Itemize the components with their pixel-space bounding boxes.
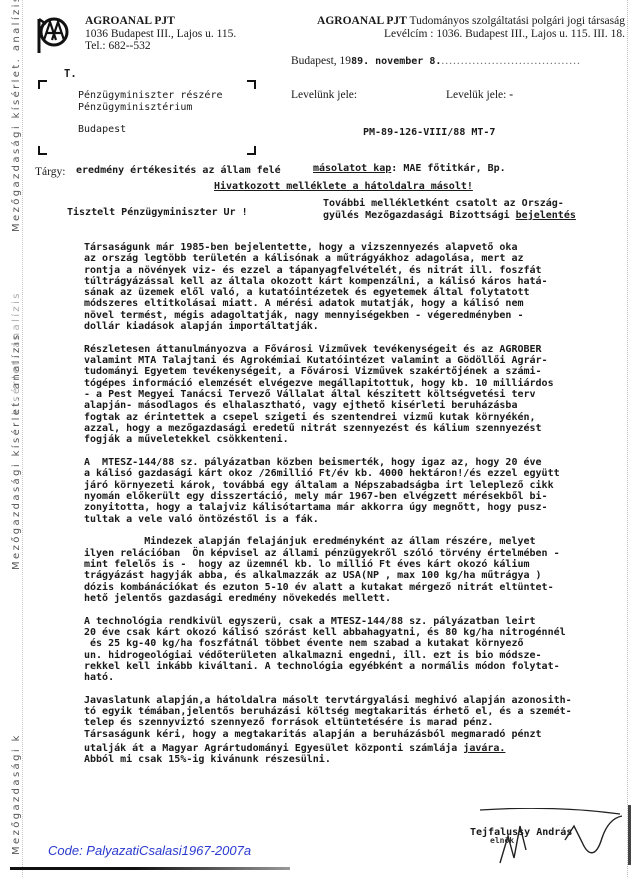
body-line: mint felelős is - hogy az üzemnél kb. lo… [84, 559, 629, 570]
letterhead-right: AGROANAL PJT Tudományos szolgáltatási po… [290, 15, 625, 40]
closing-line: utalják át a Magyar Agrártudományi Egyes… [84, 743, 629, 754]
cc-label: másolatot kap [313, 163, 391, 174]
body-line: trágyázást hagyják abba, és alkalmazzák … [84, 570, 629, 581]
further-attachment-line: További mellékletként csatolt az Ország- [323, 198, 576, 210]
body-paragraph: Részletesen áttanulmányozva a Fővárosi V… [84, 344, 629, 446]
salutation: Tisztelt Pénzügyminiszter Ur ! [67, 207, 248, 218]
your-reference-value: - [509, 89, 513, 101]
address-corner-mark [38, 146, 47, 155]
address-corner-mark [247, 80, 256, 89]
document-code: Code: PalyazatiCsalasi1967-2007a [48, 843, 251, 858]
address-corner-mark [38, 80, 47, 89]
further-attachment-underlined: bejelentés [516, 210, 576, 221]
body-line: tó egyik témában,jelentős beruházási köl… [84, 706, 629, 717]
margin-watermark-text: Mezőgazdasági k [11, 733, 22, 855]
body-line: - a Pest Megyei Tanácsi Tervező Vállalat… [84, 389, 629, 400]
body-paragraph: A MTESZ-144/88 sz. pályázatban közben be… [84, 457, 629, 525]
body-line: növel termést, mégis adagoltatják, nagy … [84, 310, 629, 321]
letter-body: Társaságunk már 1985-ben bejelentette, h… [84, 242, 629, 777]
body-line: tógépes információ elemzését elvégezve m… [84, 378, 629, 389]
company-mail-address: Levélcím : 1036. Budapest III., Lajos u.… [290, 28, 625, 41]
signer-name: Tejfalussy András [470, 827, 572, 838]
company-address: 1036 Budapest III., Lajos u. 115. [85, 28, 236, 41]
body-line: ható. [84, 672, 629, 683]
body-line: Javaslatunk alapján,a hátoldalra másolt … [84, 695, 629, 706]
further-attachment-note: További mellékletként csatolt az Ország-… [323, 198, 576, 221]
body-line: fogtak az érintettek a csepel szigeti és… [84, 412, 629, 423]
letterhead-left: AGROANAL PJT 1036 Budapest III., Lajos u… [85, 15, 236, 53]
closing-line-underlined: javára. [463, 743, 505, 754]
recipient-address: Pénzügyminiszter részére Pénzügyminiszté… [78, 90, 223, 136]
margin-watermark-text: Mezőgazdasági kísérlet. analízis [11, 333, 22, 570]
agroanal-logo-icon [36, 16, 70, 54]
margin-watermark-strip: Mezőgazdasági kísérlet. analízis kísérle… [0, 0, 23, 877]
company-name: AGROANAL PJT [85, 15, 236, 28]
date-prefix: Budapest, 19 [291, 55, 351, 67]
body-line: Társaságunk kéri, hogy a megtakaritás al… [84, 729, 629, 740]
date-line: Budapest, 1989. november 8..............… [291, 55, 624, 67]
body-line: Társaságunk már 1985-ben bejelentette, h… [84, 242, 629, 253]
carbon-copy: másolatot kap: MAE főtitkár, Bp. [313, 163, 506, 174]
body-paragraph: Mindezek alapján felajánjuk eredményként… [84, 536, 629, 604]
body-line: módszeres eltitkolásai miatt. A mérési a… [84, 298, 629, 309]
margin-watermark-text: Mezőgazdasági kísérlet. analízis [11, 0, 22, 232]
recipient-line2: Pénzügyminisztérium [78, 102, 223, 114]
body-line: dózis kombánációkat és ezuton 5-10 év al… [84, 582, 629, 593]
body-line: sának az üzemek elől való, a kutatóintéz… [84, 287, 629, 298]
signer-title: elnök [490, 836, 514, 845]
address-corner-mark [247, 146, 256, 155]
recipient-salutation-abbrev: T. [64, 68, 77, 80]
closing-line: Abból mi csak 15%-ig kivánunk részesülni… [84, 754, 629, 765]
date-typed: 89. november 8. [351, 56, 441, 67]
body-line: valamint MTA Talajtani és Agrokémiai Kut… [84, 355, 629, 366]
body-paragraph: Társaságunk már 1985-ben bejelentette, h… [84, 242, 629, 332]
body-line: Mindezek alapján felajánjuk eredményként… [84, 536, 629, 547]
your-reference-label: Levelük jele: - [446, 89, 513, 101]
body-line: rontja a növények viz- és ezzel a tápany… [84, 265, 629, 276]
recipient-city: Budapest [78, 124, 223, 136]
your-reference-label-text: Levelük jele: [446, 89, 506, 101]
our-reference-label: Levelünk jele: [291, 89, 357, 101]
body-line: dollár kiadások alapján importáltatják. [84, 321, 629, 332]
cc-value: : MAE főtitkár, Bp. [391, 163, 505, 174]
body-line: zonyitotta, hogy a talajviz kálisótartam… [84, 502, 629, 513]
body-line: rekkel kell inkább kiváltani. A technoló… [84, 661, 629, 672]
body-line: 20 éve csak kárt okozó kálisó szórást ke… [84, 627, 629, 638]
body-line: azzal, hogy a mezőgazdasági eredetű nitr… [84, 423, 629, 434]
body-line: ilyen relációban Ön képvisel az állami p… [84, 548, 629, 559]
body-line: telep és szennyviztó szennyező források … [84, 717, 629, 728]
body-paragraph: Javaslatunk alapján,a hátoldalra másolt … [84, 695, 629, 740]
subject-text: eredmény értékesités az állam felé [76, 165, 281, 176]
scan-edge-rule [10, 867, 290, 870]
body-line: és 25 kg-40 kg/ha foszfátnál többet éven… [84, 638, 629, 649]
scan-right-edge-mark [628, 805, 631, 865]
body-line: fogják a műveletekkel csökkenteni. [84, 434, 629, 445]
date-dots: .................................... [441, 55, 581, 67]
closing-line-text: utalják át a Magyar Agrártudományi Egyes… [84, 743, 463, 754]
body-line: a kálisó gazdasági kárt okoz /26millió F… [84, 468, 629, 479]
body-line: tudományi Egyetem tevékenységeit, a Fővá… [84, 366, 629, 377]
recipient-line1: Pénzügyminiszter részére [78, 90, 223, 102]
body-paragraph: A technológia rendkivül egyszerü, csak a… [84, 616, 629, 684]
further-attachment-line: gyülés Mezőgazdasági Bizottsági [323, 210, 516, 221]
subject-label: Tárgy: [35, 166, 65, 178]
company-name: AGROANAL PJT [317, 15, 407, 27]
reference-number: PM-89-126-VIII/88 MT-7 [363, 127, 495, 138]
body-line: alapján- másodlagos és elhalasztható, va… [84, 400, 629, 411]
body-line: nyomán előkerült egy disszertáció, mely … [84, 491, 629, 502]
company-phone: Tel.: 682--532 [85, 40, 236, 53]
body-line: járó környezeti károk, továbbá egy által… [84, 480, 629, 491]
body-line: A MTESZ-144/88 sz. pályázatban közben be… [84, 457, 629, 468]
body-line: A technológia rendkivül egyszerü, csak a… [84, 616, 629, 627]
body-line: túltrágyázással kell az általa okozott k… [84, 276, 629, 287]
scanned-letter-page: Mezőgazdasági kísérlet. analízis kísérle… [0, 0, 633, 877]
body-line: tultak a vele való öntözéstől is a fák. [84, 514, 629, 525]
body-line: az ország legtöbb területén a kálisónak … [84, 253, 629, 264]
body-line: Részletesen áttanulmányozva a Fővárosi V… [84, 344, 629, 355]
company-description: Tudományos szolgáltatási polgári jogi tá… [410, 15, 626, 27]
scan-right-edge [627, 0, 632, 877]
attachment-note: Hivatkozott melléklete a hátoldalra máso… [214, 181, 473, 192]
body-line: un. hidrogeológiai védőterületen alkalma… [84, 650, 629, 661]
body-line: hető jelentős gazdasági eredmény növeked… [84, 593, 629, 604]
